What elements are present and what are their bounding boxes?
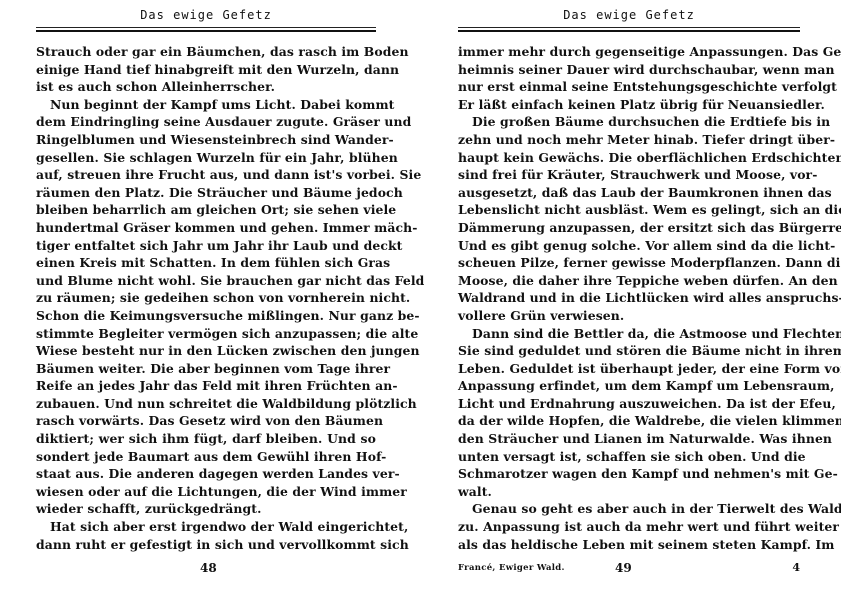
body-text: Strauch oder gar ein Bäumchen, das rasch… [36, 43, 376, 553]
right-page: Das ewige Gefetz immer mehr durch gegens… [458, 0, 800, 600]
text-line: Strauch oder gar ein Bäumchen, das rasch… [36, 43, 376, 61]
text-line: dem Eindringling seine Ausdauer zugute. … [36, 113, 376, 131]
text-line: immer mehr durch gegenseitige Anpassunge… [458, 43, 800, 61]
text-line: tiger entfaltet sich Jahr um Jahr ihr La… [36, 237, 376, 255]
text-line: Ringelblumen und Wiesensteinbrech sind W… [36, 131, 376, 149]
text-line: haupt kein Gewächs. Die oberflächlichen … [458, 149, 800, 167]
text-line: Schon die Keimungsversuche mißlingen. Nu… [36, 307, 376, 325]
text-line: Waldrand und in die Lichtlücken wird all… [458, 289, 800, 307]
text-line: zu räumen; sie gedeihen schon von vornhe… [36, 289, 376, 307]
text-line: zu. Anpassung ist auch da mehr wert und … [458, 518, 800, 536]
text-line: Und es gibt genug solche. Vor allem sind… [458, 237, 800, 255]
text-line: Reife an jedes Jahr das Feld mit ihren F… [36, 377, 376, 395]
text-line: Sie sind geduldet und stören die Bäume n… [458, 342, 800, 360]
header-rule-thin [458, 27, 800, 28]
text-line: zubauen. Und nun schreitet die Waldbildu… [36, 395, 376, 413]
text-line: als das heldische Leben mit seinem stete… [458, 536, 800, 554]
text-line: Licht und Erdnahrung auszuweichen. Da is… [458, 395, 800, 413]
text-line: und Blume nicht wohl. Sie brauchen gar n… [36, 272, 376, 290]
text-line: da der wilde Hopfen, die Waldrebe, die v… [458, 412, 800, 430]
text-line: unten versagt ist, schaffen sie sich obe… [458, 448, 800, 466]
text-line: wieder schafft, zurückgedrängt. [36, 500, 376, 518]
body-text: immer mehr durch gegenseitige Anpassunge… [458, 43, 800, 553]
text-line: Bäumen weiter. Die aber beginnen vom Tag… [36, 360, 376, 378]
sheet-number: 4 [792, 561, 800, 574]
text-line: sondert jede Baumart aus dem Gewühl ihre… [36, 448, 376, 466]
text-line: bleiben beharrlich am gleichen Ort; sie … [36, 201, 376, 219]
text-line: heimnis seiner Dauer wird durchschaubar,… [458, 61, 800, 79]
text-line: Lebenslicht nicht ausbläst. Wem es gelin… [458, 201, 800, 219]
text-line: nur erst einmal seine Entstehungsgeschic… [458, 78, 800, 96]
text-line: hundertmal Gräser kommen und gehen. Imme… [36, 219, 376, 237]
text-line: den Sträucher und Lianen im Naturwalde. … [458, 430, 800, 448]
text-line: sind frei für Kräuter, Strauchwerk und M… [458, 166, 800, 184]
text-line: vollere Grün verwiesen. [458, 307, 800, 325]
text-line: walt. [458, 483, 800, 501]
text-line: einen Kreis mit Schatten. In dem fühlen … [36, 254, 376, 272]
text-line: einige Hand tief hinabgreift mit den Wur… [36, 61, 376, 79]
text-line: Moose, die daher ihre Teppiche weben dür… [458, 272, 800, 290]
header-rule-thick [458, 30, 800, 32]
page-number: 48 [200, 561, 217, 575]
text-line: diktiert; wer sich ihm fügt, darf bleibe… [36, 430, 376, 448]
page-number: 49 [615, 561, 632, 575]
left-page: Das ewige Gefetz Strauch oder gar ein Bä… [36, 0, 376, 600]
running-head: Das ewige Gefetz [458, 8, 800, 22]
text-line: stimmte Begleiter vermögen sich anzupass… [36, 325, 376, 343]
text-line: räumen den Platz. Die Sträucher und Bäum… [36, 184, 376, 202]
text-line: Nun beginnt der Kampf ums Licht. Dabei k… [36, 96, 376, 114]
text-line: Hat sich aber erst irgendwo der Wald ein… [36, 518, 376, 536]
text-line: Schmarotzer wagen den Kampf und nehmen's… [458, 465, 800, 483]
text-line: ausgesetzt, daß das Laub der Baumkronen … [458, 184, 800, 202]
running-head: Das ewige Gefetz [36, 8, 376, 22]
header-rule-thick [36, 30, 376, 32]
text-line: staat aus. Die anderen dagegen werden La… [36, 465, 376, 483]
header-rule-thin [36, 27, 376, 28]
text-line: gesellen. Sie schlagen Wurzeln für ein J… [36, 149, 376, 167]
text-line: Dämmerung anzupassen, der ersitzt sich d… [458, 219, 800, 237]
text-line: zehn und noch mehr Meter hinab. Tiefer d… [458, 131, 800, 149]
text-line: ist es auch schon Alleinherrscher. [36, 78, 376, 96]
text-line: Er läßt einfach keinen Platz übrig für N… [458, 96, 800, 114]
text-line: Wiese besteht nur in den Lücken zwischen… [36, 342, 376, 360]
text-line: auf, streuen ihre Frucht aus, und dann i… [36, 166, 376, 184]
text-line: rasch vorwärts. Das Gesetz wird von den … [36, 412, 376, 430]
text-line: Dann sind die Bettler da, die Astmoose u… [458, 325, 800, 343]
text-line: dann ruht er gefestigt in sich und vervo… [36, 536, 376, 554]
text-line: wiesen oder auf die Lichtungen, die der … [36, 483, 376, 501]
text-line: Genau so geht es aber auch in der Tierwe… [458, 500, 800, 518]
signature-mark: Francé, Ewiger Wald. [458, 563, 565, 573]
text-line: scheuen Pilze, ferner gewisse Moderpflan… [458, 254, 800, 272]
text-line: Anpassung erfindet, um dem Kampf um Lebe… [458, 377, 800, 395]
text-line: Leben. Geduldet ist überhaupt jeder, der… [458, 360, 800, 378]
text-line: Die großen Bäume durchsuchen die Erdtief… [458, 113, 800, 131]
